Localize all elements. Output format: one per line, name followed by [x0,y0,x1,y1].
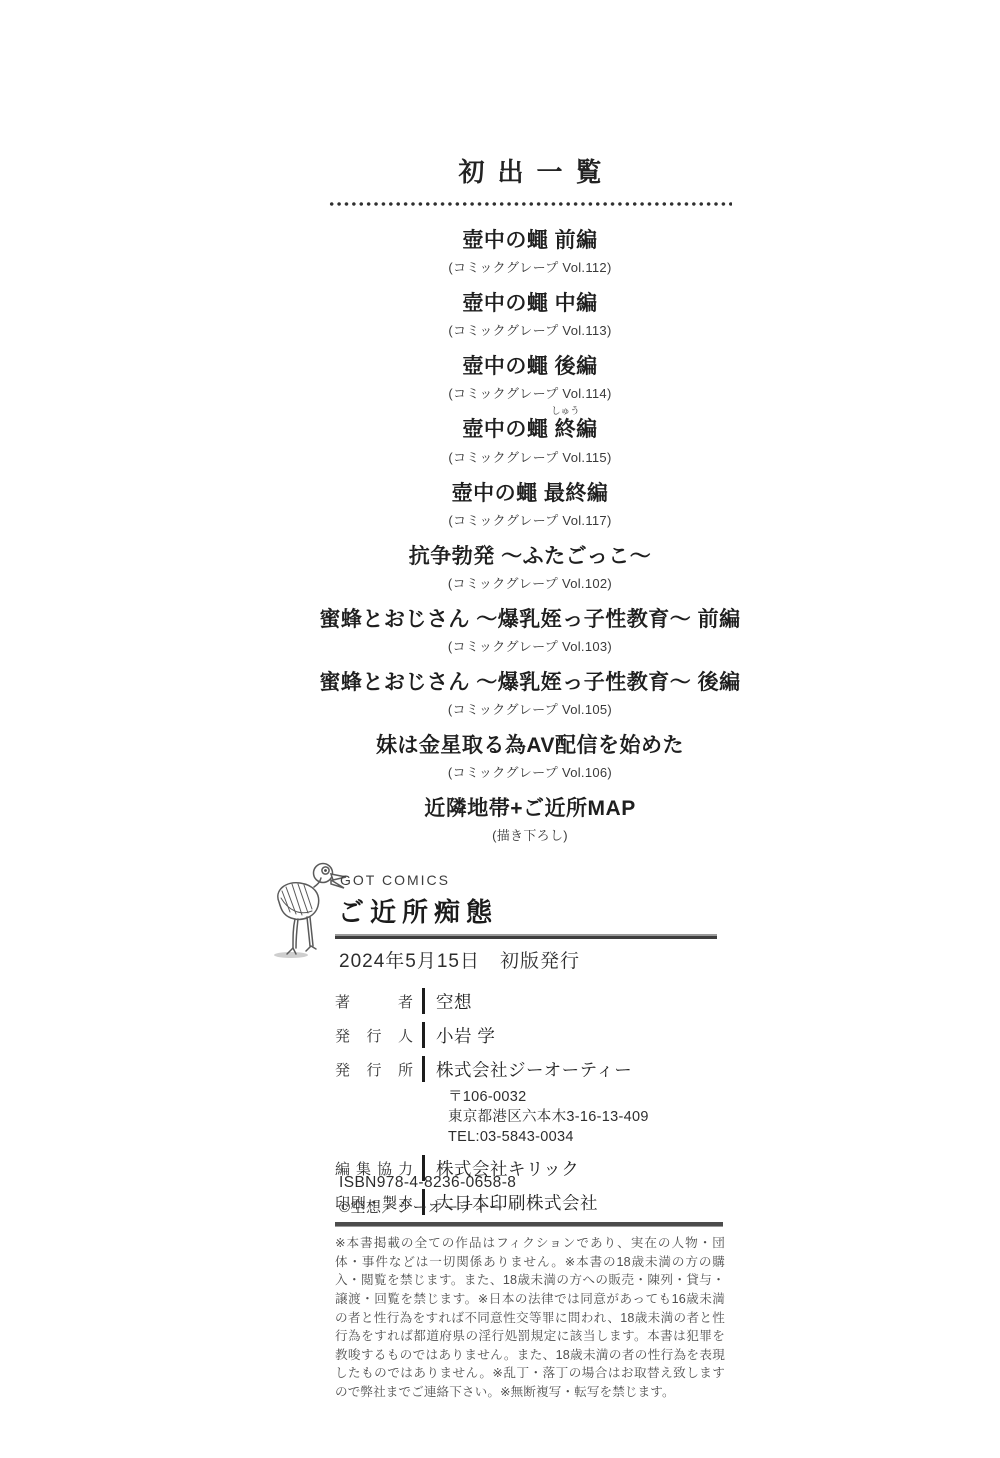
ruby-base: 終 [555,418,577,441]
brand-label: GOT COMICS [340,872,450,888]
title-rule [335,936,717,939]
publication-entries: 壺中の蠅 前編 (コミックグレープ Vol.112) 壺中の蠅 中編 (コミック… [280,229,780,844]
legal-disclaimer: ※本書掲載の全ての作品はフィクションであり、実在の人物・団体・事件などは一切関係… [335,1234,725,1402]
entry-title: 壺中の蠅 中編 [280,292,780,316]
entry-source: (コミックグレープ Vol.103) [280,636,780,655]
entry-title: 壺中の蠅 前編 [280,229,780,253]
entry-title-text: 近隣地帯+ご近所MAP [424,797,635,820]
credit-value: 株式会社ジーオーティー [436,1056,632,1082]
publication-entry: 壺中の蠅 しゅう終編 (コミックグレープ Vol.115) [280,418,780,465]
entry-source: (コミックグレープ Vol.112) [280,257,780,276]
entry-source: (コミックグレープ Vol.102) [280,573,780,592]
entry-title-text: 壺中の蠅 中編 [462,292,597,315]
entry-title: 抗争勃発 〜ふたごっこ〜 [280,545,780,569]
entry-source: (コミックグレープ Vol.106) [280,762,780,781]
entry-title: 近隣地帯+ご近所MAP [280,797,780,821]
credit-value: 小岩 学 [436,1022,495,1048]
colophon-section: GOT COMICS ご近所痴態 2024年5月15日 初版発行 著者 空想 発… [268,856,738,1456]
bird-doodle-logo-icon [266,858,348,960]
entry-title-text: 壺中の蠅 [462,418,554,441]
copyright-line: ©空想／ジーオーティー [339,1196,504,1217]
entry-title-text: 壺中の蠅 最終編 [452,482,609,505]
credit-label: 著者 [335,988,413,1014]
publication-entry: 壺中の蠅 中編 (コミックグレープ Vol.113) [280,292,780,339]
ruby-annotation: しゅう [551,407,580,418]
entry-source: (描き下ろし) [280,825,780,844]
entry-title-text: 蜜蜂とおじさん 〜爆乳姪っ子性教育〜 前編 [319,608,740,631]
entry-title: 壺中の蠅 最終編 [280,482,780,506]
street-address: 東京都港区六本木3-16-13-409 [448,1108,735,1127]
publisher-address: 〒106-0032 東京都港区六本木3-16-13-409 TEL:03-584… [448,1088,735,1147]
disclaimer-rule [335,1222,723,1226]
ruby-group: しゅう終 [555,418,577,442]
entry-title-text: 壺中の蠅 後編 [462,355,597,378]
publication-entry: 壺中の蠅 最終編 (コミックグレープ Vol.117) [280,482,780,529]
entry-title-text: 蜜蜂とおじさん 〜爆乳姪っ子性教育〜 後編 [319,671,740,694]
entry-title: 蜜蜂とおじさん 〜爆乳姪っ子性教育〜 後編 [280,671,780,695]
entry-title-text: 抗争勃発 〜ふたごっこ〜 [409,545,651,568]
edition-date: 2024年5月15日 初版発行 [339,946,580,973]
publication-entry: 妹は金星取る為AV配信を始めた (コミックグレープ Vol.106) [280,734,780,781]
entry-title-text: 壺中の蠅 前編 [462,229,597,252]
entry-title-text: 妹は金星取る為AV配信を始めた [376,734,684,757]
entry-title: 壺中の蠅 しゅう終編 [280,418,780,442]
publication-entry: 蜜蜂とおじさん 〜爆乳姪っ子性教育〜 前編 (コミックグレープ Vol.103) [280,608,780,655]
entry-title: 蜜蜂とおじさん 〜爆乳姪っ子性教育〜 前編 [280,608,780,632]
first-publication-section: 初出一覧 壺中の蠅 前編 (コミックグレープ Vol.112) 壺中の蠅 中編 … [280,152,780,860]
entry-source: (コミックグレープ Vol.105) [280,699,780,718]
entry-source: (コミックグレープ Vol.114) [280,383,780,402]
entry-source: (コミックグレープ Vol.117) [280,510,780,529]
colophon-page: 初出一覧 壺中の蠅 前編 (コミックグレープ Vol.112) 壺中の蠅 中編 … [0,0,1000,1458]
credit-divider [422,1022,425,1048]
book-title: ご近所痴態 [338,892,498,929]
postal-code: 〒106-0032 [448,1088,735,1107]
credit-row-publisher-company: 発行所 株式会社ジーオーティー [335,1056,735,1082]
publication-entry: 壺中の蠅 前編 (コミックグレープ Vol.112) [280,229,780,276]
phone-number: TEL:03-5843-0034 [448,1128,735,1147]
dotted-divider [328,201,732,207]
credit-label: 発行所 [335,1056,413,1082]
credit-row-author: 著者 空想 [335,988,735,1014]
isbn: ISBN978-4-8236-0658-8 [339,1174,516,1192]
credit-divider [422,988,425,1014]
credit-label: 発行人 [335,1022,413,1048]
credit-row-publisher-person: 発行人 小岩 学 [335,1022,735,1048]
publication-entry: 蜜蜂とおじさん 〜爆乳姪っ子性教育〜 後編 (コミックグレープ Vol.105) [280,671,780,718]
section-heading: 初出一覧 [280,152,780,189]
publication-entry: 壺中の蠅 後編 (コミックグレープ Vol.114) [280,355,780,402]
publication-entry: 抗争勃発 〜ふたごっこ〜 (コミックグレープ Vol.102) [280,545,780,592]
publication-entry: 近隣地帯+ご近所MAP (描き下ろし) [280,797,780,844]
entry-source: (コミックグレープ Vol.113) [280,320,780,339]
credit-value: 空想 [436,988,472,1014]
entry-title: 妹は金星取る為AV配信を始めた [280,734,780,758]
entry-title-suffix: 編 [576,418,598,441]
credit-divider [422,1056,425,1082]
entry-title: 壺中の蠅 後編 [280,355,780,379]
entry-source: (コミックグレープ Vol.115) [280,447,780,466]
